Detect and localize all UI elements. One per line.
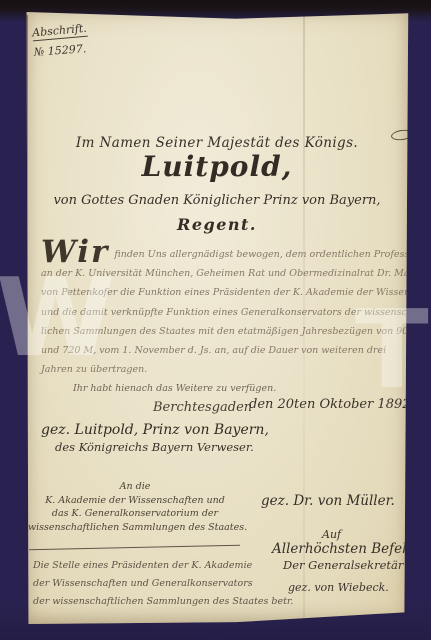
footnote-line: der wissenschaftlichen Sammlungen des St… bbox=[33, 593, 293, 611]
document-paper: Abschrift. № 15297. Im Namen Seiner Maje… bbox=[25, 12, 409, 624]
header-regent: Regent. bbox=[25, 215, 409, 234]
copy-annotation: Abschrift. № 15297. bbox=[32, 22, 89, 60]
closing-formula: Ihr habt hienach das Weitere zu verfügen… bbox=[41, 379, 403, 398]
order-signature: gez. von Wiebeck. bbox=[288, 581, 389, 594]
address-block: An die K. Akademie der Wissenschaften un… bbox=[28, 480, 242, 534]
pen-flourish-icon bbox=[390, 129, 413, 142]
body-paragraph: Wirfinden Uns allergnädigst bewogen, dem… bbox=[41, 243, 403, 399]
dateline-place: Berchtesgaden bbox=[153, 400, 252, 415]
header-invocation: Im Namen Seiner Majestät des Königs. bbox=[25, 135, 409, 151]
address-line: K. Akademie der Wissenschaften und bbox=[28, 494, 242, 508]
order-befehl: Allerhöchsten Befehl bbox=[272, 541, 415, 557]
body-line: von Pettenkofer die Funktion eines Präsi… bbox=[41, 283, 403, 302]
countersignature: gez. Dr. von Müller. bbox=[261, 493, 395, 509]
footnote-block: Die Stelle eines Präsidenten der K. Akad… bbox=[33, 557, 293, 611]
dateline-date: den 20ten Oktober 1892. bbox=[249, 397, 415, 412]
order-generalsekretaer: Der Generalsekretär bbox=[283, 558, 403, 572]
address-line: An die bbox=[28, 480, 242, 494]
paper-edge-shadow bbox=[26, 15, 28, 621]
order-auf: Auf bbox=[322, 528, 341, 541]
photo-background: Abschrift. № 15297. Im Namen Seiner Maje… bbox=[0, 0, 431, 640]
footnote-divider bbox=[29, 545, 240, 550]
footnote-line: der Wissenschaften und Generalkonservato… bbox=[33, 575, 293, 593]
header-name: Luitpold, bbox=[25, 150, 409, 183]
address-line: das K. Generalkonservatorium der bbox=[28, 507, 242, 521]
signature-line-1: gez. Luitpold, Prinz von Bayern, bbox=[41, 422, 269, 438]
body-line: lichen Sammlungen des Staates mit den et… bbox=[41, 322, 403, 341]
footnote-line: Die Stelle eines Präsidenten der K. Akad… bbox=[33, 557, 293, 575]
body-line: und die damit verknüpfte Funktion eines … bbox=[41, 303, 403, 322]
document-number: № 15297. bbox=[33, 42, 88, 59]
header-subtitle: von Gottes Gnaden Königlicher Prinz von … bbox=[25, 193, 409, 208]
address-line: wissenschaftlichen Sammlungen des Staate… bbox=[28, 521, 242, 535]
copy-annotation-label: Abschrift. bbox=[32, 22, 88, 42]
body-line: finden Uns allergnädigst bewogen, dem or… bbox=[114, 249, 419, 260]
body-line: an der K. Universität München, Geheimen … bbox=[41, 264, 403, 283]
body-line: Jahren zu übertragen. bbox=[41, 360, 403, 379]
body-line: und 720 M, vom 1. November d. Js. an, au… bbox=[41, 341, 403, 360]
signature-line-2: des Königreichs Bayern Verweser. bbox=[55, 440, 254, 454]
